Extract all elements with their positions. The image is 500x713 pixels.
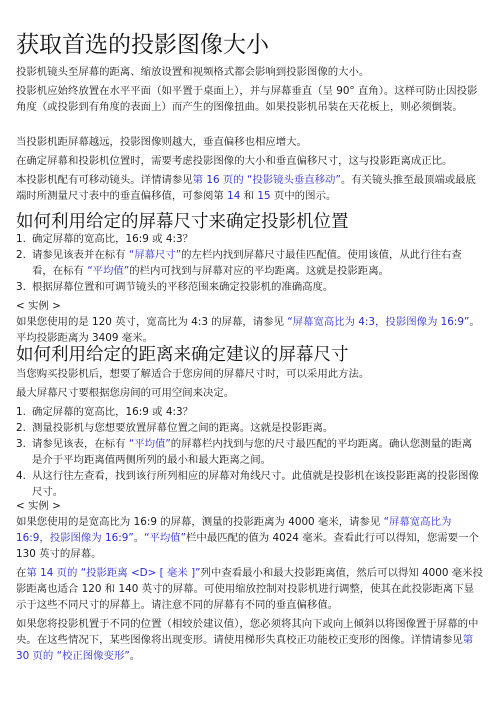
text: 如果您使用的是宽高比为 16:9 的屏幕，测量的投影距离为 4000 毫米，请参… (16, 516, 384, 528)
section1-example-label: < 实例 > (16, 298, 484, 314)
text: 如果您使用的是 120 英寸，宽高比为 4:3 的屏幕，请参见 (16, 316, 287, 328)
section2-heading: 如何利用给定的距离来确定建议的屏幕尺寸 (16, 344, 349, 366)
link-average[interactable]: “平均值” (144, 532, 186, 544)
intro-paragraph-4: 在确定屏幕和投影机位置时，需要考虑投影图像的大小和垂直偏移尺寸，这与投影距离成正… (16, 153, 484, 169)
text: 和 (240, 190, 257, 202)
section1-example: 如果您使用的是 120 英寸，宽高比为 4:3 的屏幕，请参见 “屏幕宽高比为 … (16, 314, 484, 346)
step-number: 2. (16, 420, 30, 436)
step-number: 1. (16, 231, 30, 247)
section2-example-label: < 实例 > (16, 498, 484, 514)
step-text: 确定屏幕的宽高比，16:9 或 4:3？ (32, 231, 482, 247)
section1-heading: 如何利用给定的屏幕尺寸来确定投影机位置 (16, 211, 349, 233)
text: 请参见该表，在标有 (32, 438, 129, 450)
section2-paragraph-4: 如果您将投影机置于不同的位置（相较於建议值），您必须将其向下或向上倾斜以将图像置… (16, 616, 484, 664)
link-average[interactable]: “平均值” (87, 265, 129, 277)
step-text: 根据屏幕位置和可调节镜头的平移范围来确定投影机的准确高度。 (32, 279, 482, 295)
text: 的栏内可找到与屏幕对应的平均距离。这就是投影距离。 (129, 265, 389, 277)
step-text: 请参见该表并在标有 “屏幕尺寸”的左栏内找到屏幕尺寸最佳匹配值。使用该值，从此行… (32, 247, 482, 279)
link-screen-size[interactable]: “屏幕尺寸” (129, 249, 181, 261)
text: 本投影机配有可移动镜头。详情请参见 (16, 174, 193, 186)
step-number: 2. (16, 247, 30, 263)
link-average[interactable]: “平均值” (129, 438, 171, 450)
step-number: 3. (16, 279, 30, 295)
step-number: 1. (16, 404, 30, 420)
link-page-14[interactable]: 14 (227, 190, 240, 202)
section2-paragraph-2: 最大屏幕尺寸要根据您房间的可用空间来决定。 (16, 385, 484, 401)
intro-paragraph-3: 当投影机距屏幕越远，投影图像则越大，垂直偏移也相应增大。 (16, 134, 484, 150)
text: 请参见该表并在标有 (32, 249, 129, 261)
text: 在 (16, 567, 26, 579)
step-text: 从这行往左查看，找到该行所列相应的屏幕对角线尺寸。此值就是投影机在该投影距离的投… (32, 468, 482, 500)
link-page-15[interactable]: 15 (257, 190, 270, 202)
link-lens-shift-page16[interactable]: 第 16 页的 “投影镜头垂直移动” (193, 174, 341, 186)
text: 页中的图示。 (271, 190, 337, 202)
text: 。 (130, 650, 140, 662)
intro-paragraph-1: 投影机镜头至屏幕的距离、缩放设置和视频格式都会影响到投影图像的大小。 (16, 64, 484, 80)
intro-paragraph-5: 本投影机配有可移动镜头。详情请参见第 16 页的 “投影镜头垂直移动”。有关镜头… (16, 172, 484, 204)
text: 。 (134, 532, 144, 544)
text: 如果您将投影机置于不同的位置（相较於建议值），您必须将其向下或向上倾斜以将图像置… (16, 618, 478, 646)
step-number: 4. (16, 468, 30, 484)
step-text: 测量投影机与您想要放置屏幕位置之间的距离。这就是投影距离。 (32, 420, 482, 436)
step-text: 请参见该表，在标有 “平均值”的屏幕栏内找到与您的尺寸最匹配的平均距离。确认您测… (32, 436, 482, 468)
step-number: 3. (16, 436, 30, 452)
link-projection-distance-page14[interactable]: 第 14 页的 “投影距离 <D> [ 毫米 ]” (26, 567, 200, 579)
link-ratio-4-3-image-16-9[interactable]: “屏幕宽高比为 4:3，投影图像为 16:9” (287, 316, 469, 328)
intro-paragraph-2: 投影机应始终放置在水平平面（如平置于桌面上），并与屏幕垂直（呈 90° 直角）。… (16, 83, 484, 115)
section2-paragraph-1: 当您购买投影机后，想要了解适合于您房间的屏幕尺寸时，可以采用此方法。 (16, 366, 484, 382)
step-text: 确定屏幕的宽高比，16:9 或 4:3？ (32, 404, 482, 420)
section2-example: 如果您使用的是宽高比为 16:9 的屏幕，测量的投影距离为 4000 毫米，请参… (16, 514, 484, 562)
page-title: 获取首选的投影图像大小 (16, 31, 269, 59)
section2-paragraph-3: 在第 14 页的 “投影距离 <D> [ 毫米 ]”列中查看最小和最大投影距离值… (16, 565, 484, 613)
